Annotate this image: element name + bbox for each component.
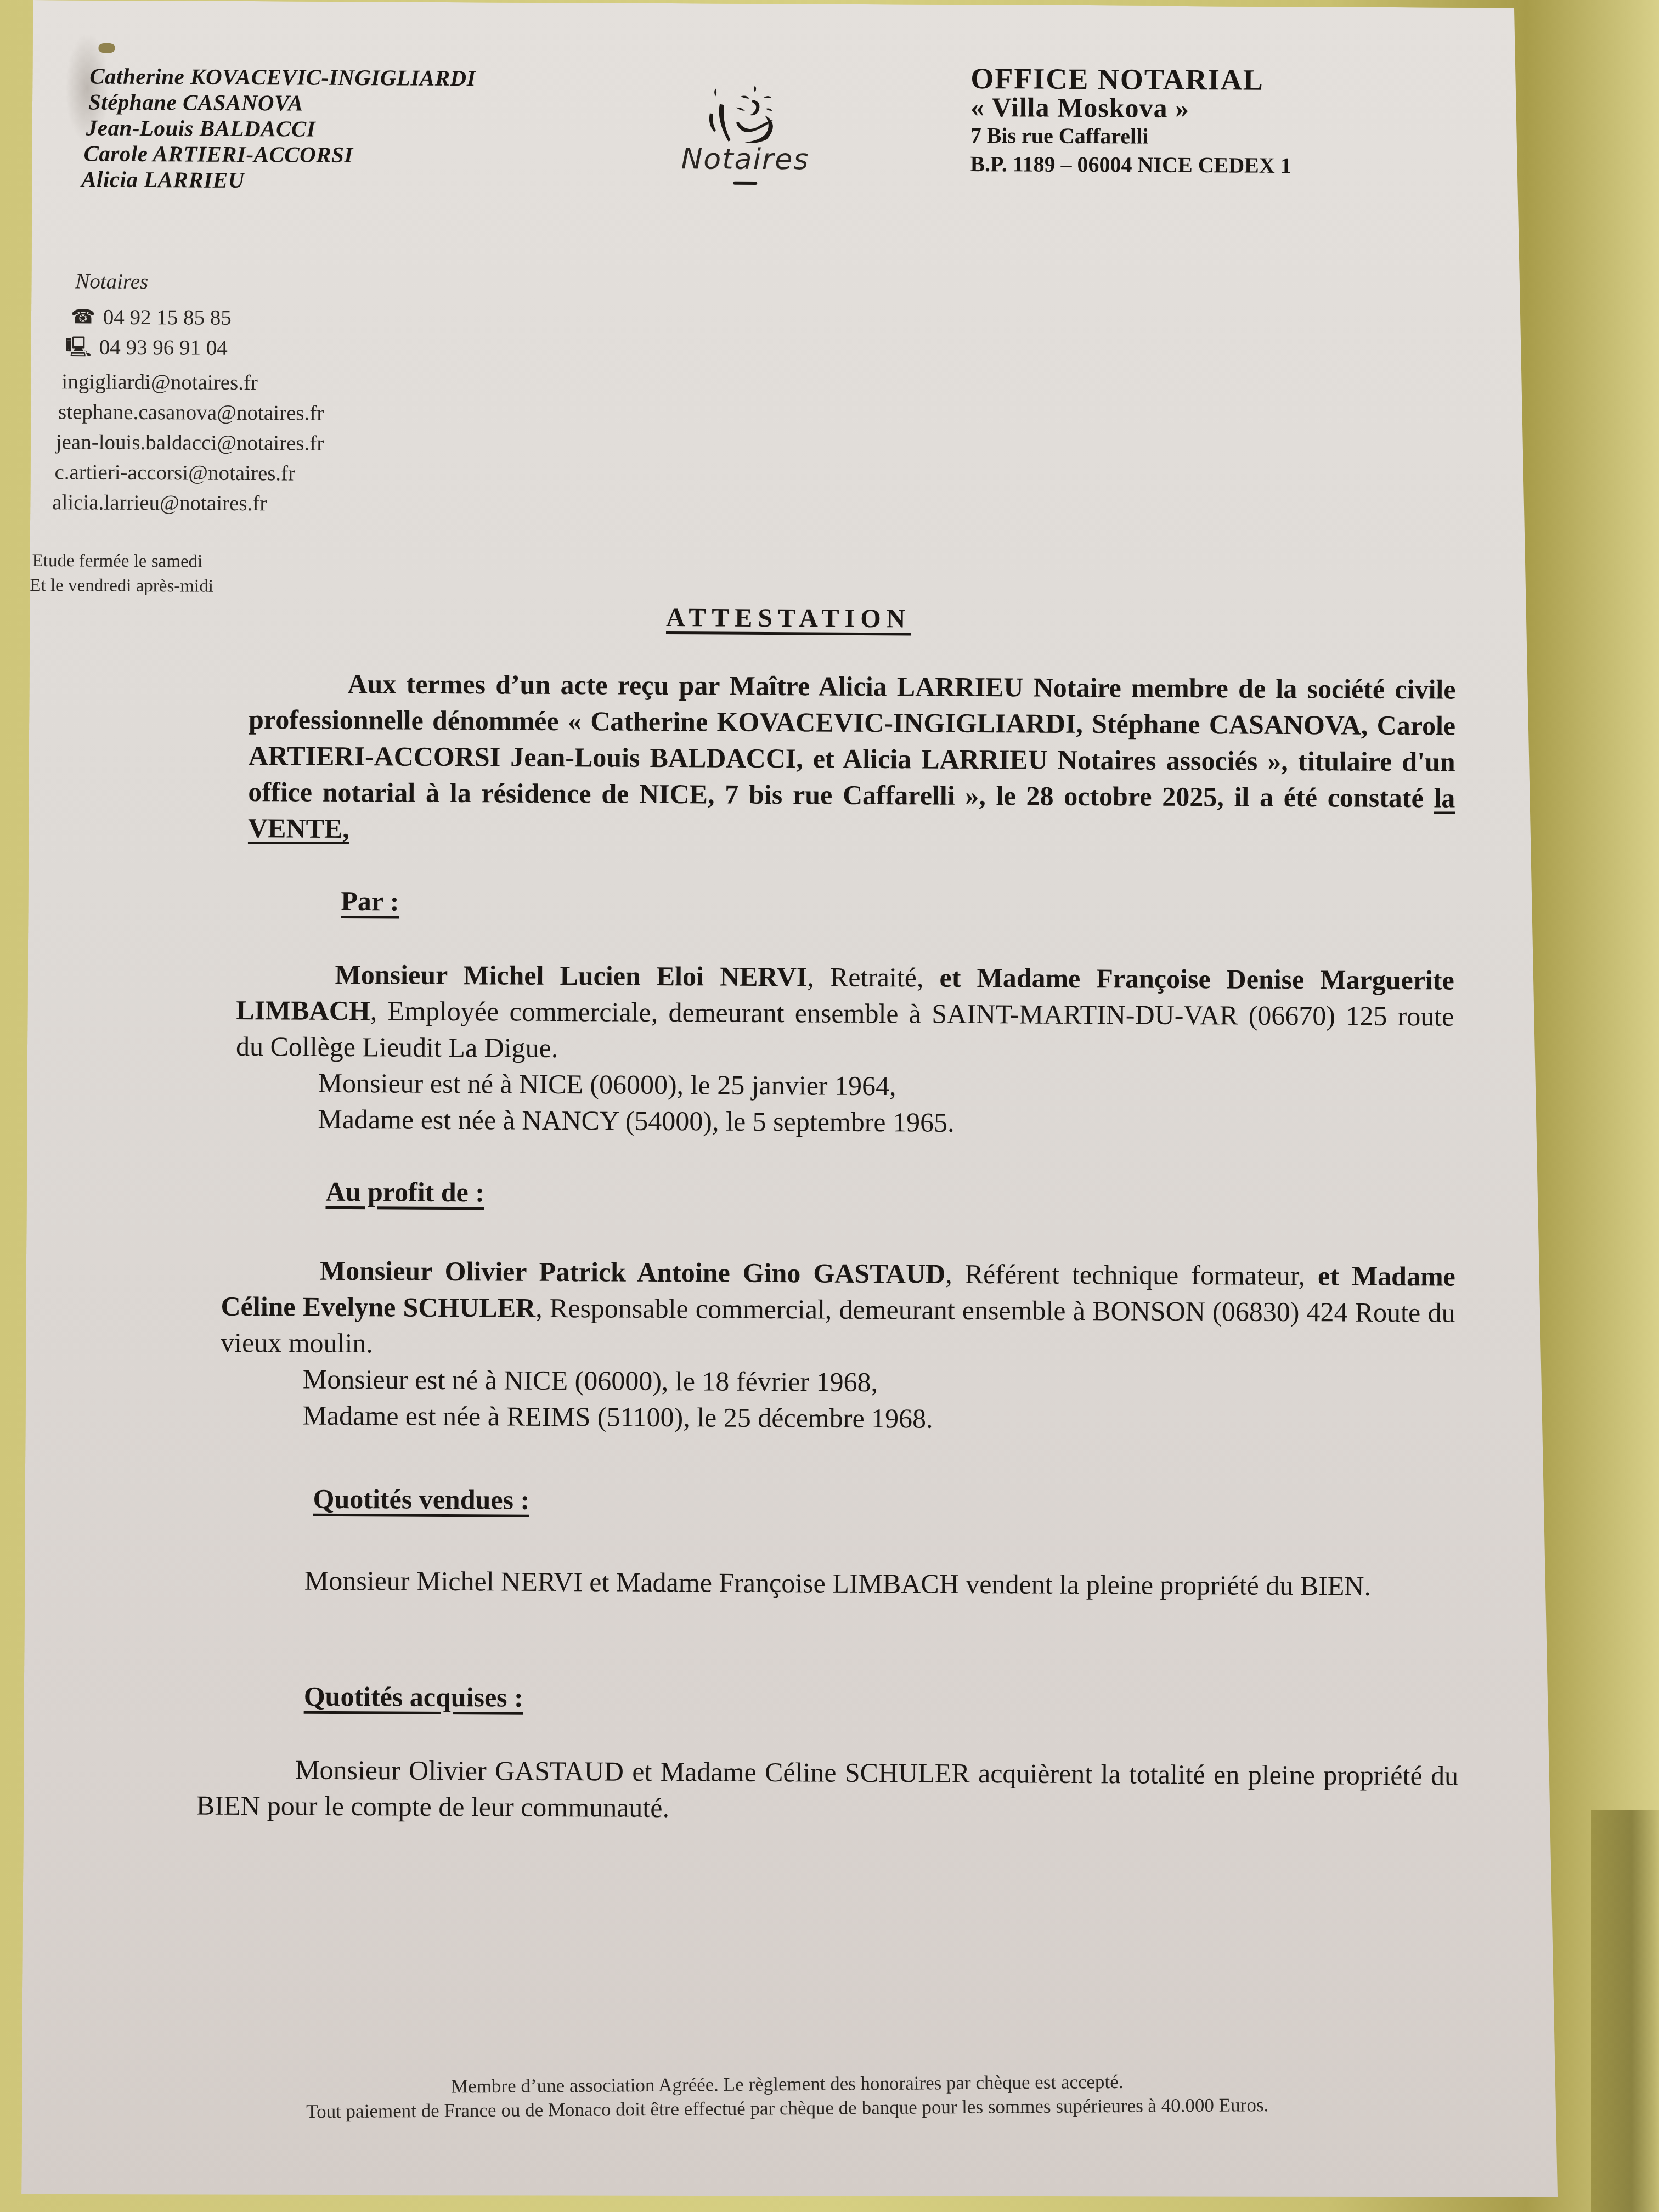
partner-notaries-list: Catherine KOVACEVIC-INGIGLIARDI Stéphane…: [81, 63, 476, 194]
notaires-logo: Notaires: [657, 83, 833, 185]
seller-1-job: , Retraité,: [807, 961, 940, 992]
office-title: OFFICE NOTARIAL: [970, 64, 1292, 94]
sellers-identity: Monsieur Michel Lucien Eloi NERVI, Retra…: [236, 956, 1454, 1071]
document-title: ATTESTATION: [666, 602, 911, 634]
quotites-acquises-text: Monsieur Olivier GASTAUD et Madame Célin…: [196, 1751, 1459, 1830]
buyer-1-name: Monsieur Olivier Patrick Antoine Gino GA…: [320, 1255, 946, 1289]
partner-name: Stéphane CASANOVA: [88, 89, 476, 117]
partner-name: Carole ARTIERI-ACCORSI: [83, 140, 475, 168]
telephone-icon: ☎: [71, 302, 95, 332]
email-link[interactable]: alicia.larrieu@notaires.fr: [52, 487, 324, 519]
seller-2-birth: Madame est née à NANCY (54000), le 5 sep…: [235, 1101, 1453, 1143]
buyer-1-birth: Monsieur est né à NICE (06000), le 18 fé…: [221, 1361, 1455, 1403]
staple-hole: [98, 43, 115, 53]
buyers-heading: Au profit de :: [325, 1176, 484, 1209]
attestation-letter: Catherine KOVACEVIC-INGIGLIARDI Stéphane…: [21, 0, 1569, 2203]
email-link[interactable]: ingigliardi@notaires.fr: [61, 366, 324, 398]
fax-line: 🖳 04 93 96 91 04: [65, 332, 325, 363]
intro-text: Aux termes d’un acte reçu par Maître Ali…: [248, 668, 1455, 813]
logo-underbar: [733, 182, 757, 185]
sellers-address: , Employée commerciale, demeurant ensemb…: [236, 995, 1454, 1063]
quotites-acquises-heading: Quotités acquises :: [304, 1680, 523, 1713]
buyers-paragraph: Monsieur Olivier Patrick Antoine Gino GA…: [220, 1252, 1455, 1440]
hours-line: Et le vendredi après-midi: [30, 573, 213, 599]
intro-paragraph: Aux termes d’un acte reçu par Maître Ali…: [248, 665, 1456, 853]
fax-computer-icon: 🖳: [65, 332, 92, 362]
notaires-logo-icon: [704, 83, 787, 146]
office-address-block: OFFICE NOTARIAL « Villa Moskova » 7 Bis …: [970, 64, 1291, 180]
hours-line: Etude fermée le samedi: [32, 549, 214, 574]
office-postal: B.P. 1189 – 06004 NICE CEDEX 1: [970, 150, 1291, 180]
phone-line: ☎ 04 92 15 85 85: [71, 302, 325, 333]
email-link[interactable]: stephane.casanova@notaires.fr: [58, 397, 324, 428]
seller-1-name: Monsieur Michel Lucien Eloi NERVI: [335, 959, 808, 992]
email-link[interactable]: c.artieri-accorsi@notaires.fr: [54, 457, 324, 489]
quotites-vendues-text: Monsieur Michel NERVI et Madame François…: [206, 1562, 1457, 1605]
phone-number[interactable]: 04 92 15 85 85: [103, 302, 232, 333]
contact-block: Notaires ☎ 04 92 15 85 85 🖳 04 93 96 91 …: [52, 266, 325, 519]
partner-name: Jean-Louis BALDACCI: [86, 115, 476, 143]
opening-hours-note: Etude fermée le samedi Et le vendredi ap…: [30, 549, 213, 599]
buyer-2-birth: Madame est née à REIMS (51100), le 25 dé…: [220, 1397, 1454, 1440]
buyers-identity: Monsieur Olivier Patrick Antoine Gino GA…: [221, 1252, 1455, 1367]
quotites-vendues-heading: Quotités vendues :: [313, 1483, 530, 1516]
email-list: ingigliardi@notaires.fr stephane.casanov…: [52, 366, 324, 519]
partner-name: Catherine KOVACEVIC-INGIGLIARDI: [89, 64, 476, 92]
fabric-backdrop: [1591, 1810, 1659, 2212]
contact-role: Notaires: [75, 266, 325, 297]
email-link[interactable]: jean-louis.baldacci@notaires.fr: [56, 427, 324, 459]
seller-1-birth: Monsieur est né à NICE (06000), le 25 ja…: [236, 1064, 1454, 1107]
sellers-paragraph: Monsieur Michel Lucien Eloi NERVI, Retra…: [235, 956, 1454, 1143]
logo-wordmark: Notaires: [657, 143, 833, 177]
buyer-1-job: , Référent technique formateur,: [945, 1259, 1318, 1291]
fax-number[interactable]: 04 93 96 91 04: [99, 332, 228, 363]
partner-name: Alicia LARRIEU: [81, 166, 475, 194]
office-street: 7 Bis rue Caffarelli: [970, 121, 1292, 151]
office-villa-name: « Villa Moskova »: [970, 93, 1292, 123]
sellers-heading: Par :: [341, 885, 399, 917]
footer-note: Membre d’une association Agréée. Le règl…: [198, 2068, 1378, 2125]
